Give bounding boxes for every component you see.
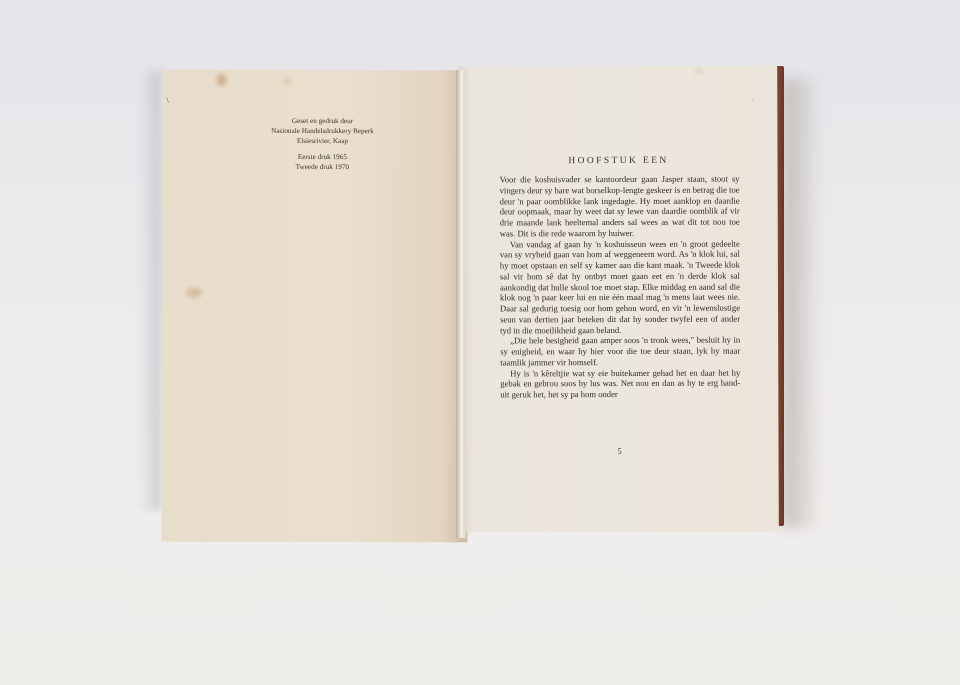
- book-gutter: [456, 70, 466, 538]
- page-number: 5: [461, 445, 779, 456]
- photo-scene: \ Geset en gedruk deur Nasionale Handels…: [0, 0, 960, 685]
- paragraph: Hy is 'n kêreltjie wat sy eie buitekamer…: [500, 367, 740, 400]
- page-mark: ·: [751, 98, 753, 104]
- printer-imprint: Geset en gedruk deur Nasionale Handelsdr…: [242, 116, 402, 172]
- chapter-title: HOOFSTUK EEN: [460, 155, 778, 166]
- edition-line: Tweede druk 1970: [242, 162, 402, 172]
- page-stain: [283, 78, 293, 84]
- imprint-line: Elsiesrivier, Kaap: [242, 136, 402, 146]
- paragraph: Van vandag af gaan hy 'n koshuisseun wee…: [500, 238, 740, 336]
- imprint-line: Geset en gedruk deur: [242, 116, 402, 126]
- paragraph: „Die hele besigheid gaan amper soos 'n t…: [500, 335, 740, 368]
- page-stain: [695, 68, 703, 74]
- page-mark: \: [167, 96, 169, 105]
- imprint-line: Nasionale Handelsdrukkery Beperk: [242, 126, 402, 136]
- chapter-body-text: Voor die koshuisvader se kantoordeur gaa…: [500, 174, 741, 401]
- edition-line: Eerste druk 1965: [242, 152, 402, 162]
- right-page: · HOOFSTUK EEN Voor die koshuisvader se …: [459, 65, 779, 532]
- open-book: \ Geset en gedruk deur Nasionale Handels…: [156, 64, 786, 542]
- page-stain: [217, 74, 227, 86]
- paragraph: Voor die koshuisvader se kantoordeur gaa…: [500, 174, 740, 239]
- left-page: \ Geset en gedruk deur Nasionale Handels…: [161, 70, 468, 543]
- book-shadow-right: [782, 78, 822, 528]
- page-stain: [186, 288, 202, 298]
